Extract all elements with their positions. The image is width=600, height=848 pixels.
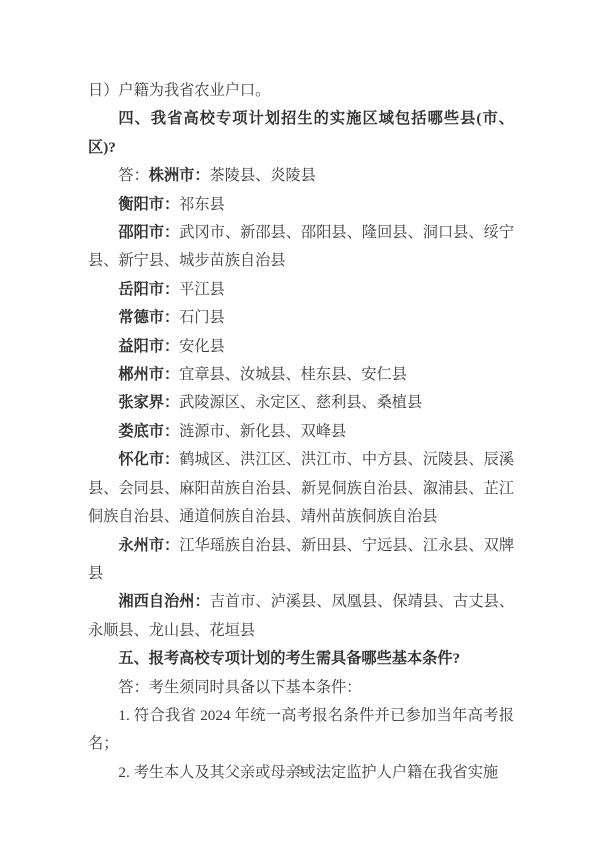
paragraph: 岳阳市：平江县 (88, 276, 514, 304)
paragraph: 常德市：石门县 (88, 304, 514, 332)
bold-text-run: 娄底市： (118, 423, 179, 440)
paragraph: 怀化市：鹤城区、洪江区、洪江市、中方县、沅陵县、辰溪县、会同县、麻阳苗族自治县、… (88, 446, 514, 531)
bold-text-run: 湘西自治州： (118, 593, 209, 610)
bold-text-run: 常德市： (118, 309, 179, 326)
bold-text-run: 五、报考高校专项计划的考生需具备哪些基本条件? (118, 650, 460, 667)
bold-text-run: 张家界： (118, 394, 179, 411)
paragraph: 衡阳市：祁东县 (88, 191, 514, 219)
paragraph: 四、我省高校专项计划招生的实施区域包括哪些县(市、区)? (88, 105, 514, 162)
paragraph: 郴州市：宜章县、汝城县、桂东县、安仁县 (88, 361, 514, 389)
bold-text-run: 四、我省高校专项计划招生的实施区域包括哪些县(市、区)? (88, 110, 514, 155)
paragraph: 湘西自治州：吉首市、泸溪县、凤凰县、保靖县、古丈县、永顺县、龙山县、花垣县 (88, 588, 514, 645)
document-page: 日）户籍为我省农业户口。四、我省高校专项计划招生的实施区域包括哪些县(市、区)?… (0, 0, 600, 848)
paragraph: 娄底市：涟源市、新化县、双峰县 (88, 418, 514, 446)
page-number: 9 (0, 762, 600, 778)
text-run: 武陵源区、永定区、慈利县、桑植县 (179, 394, 422, 411)
paragraph: 益阳市：安化县 (88, 333, 514, 361)
text-run: 祁东县 (179, 196, 225, 213)
text-run: 安化县 (179, 338, 225, 355)
text-run: 宜章县、汝城县、桂东县、安仁县 (179, 366, 407, 383)
text-run: 涟源市、新化县、双峰县 (179, 423, 346, 440)
bold-text-run: 益阳市： (118, 338, 179, 355)
text-run: 1. 符合我省 2024 年统一高考报名条件并已参加当年高考报名； (88, 707, 514, 752)
text-run: 日）户籍为我省农业户口。 (88, 82, 270, 99)
bold-text-run: 怀化市： (118, 451, 179, 468)
bold-text-run: 郴州市： (118, 366, 179, 383)
bold-text-run: 衡阳市： (118, 196, 179, 213)
paragraph: 张家界：武陵源区、永定区、慈利县、桑植县 (88, 389, 514, 417)
document-body: 日）户籍为我省农业户口。四、我省高校专项计划招生的实施区域包括哪些县(市、区)?… (88, 77, 514, 787)
bold-text-run: 岳阳市： (118, 281, 179, 298)
paragraph: 答：考生须同时具备以下基本条件： (88, 674, 514, 702)
text-run: 平江县 (179, 281, 225, 298)
text-run: 答： (118, 167, 148, 184)
text-run: 石门县 (179, 309, 225, 326)
text-run: 茶陵县、炎陵县 (210, 167, 316, 184)
paragraph: 五、报考高校专项计划的考生需具备哪些基本条件? (88, 645, 514, 673)
paragraph: 1. 符合我省 2024 年统一高考报名条件并已参加当年高考报名； (88, 702, 514, 759)
text-run: 答：考生须同时具备以下基本条件： (118, 679, 361, 696)
bold-text-run: 株洲市： (149, 167, 210, 184)
paragraph: 答：株洲市：茶陵县、炎陵县 (88, 162, 514, 190)
bold-text-run: 邵阳市： (118, 224, 179, 241)
bold-text-run: 永州市： (118, 537, 179, 554)
paragraph: 永州市：江华瑶族自治县、新田县、宁远县、江永县、双牌县 (88, 532, 514, 589)
paragraph: 邵阳市：武冈市、新邵县、邵阳县、隆回县、洞口县、绥宁县、新宁县、城步苗族自治县 (88, 219, 514, 276)
paragraph: 日）户籍为我省农业户口。 (88, 77, 514, 105)
